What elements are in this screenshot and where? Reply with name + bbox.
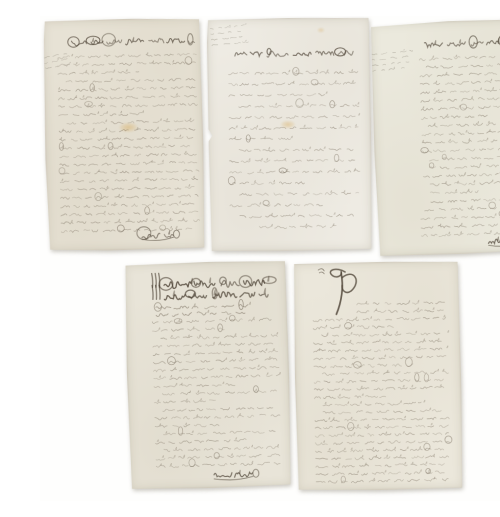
paper-sheet-3 — [370, 18, 500, 257]
paper-sheet-5 — [293, 260, 463, 491]
paper-sheet-2 — [207, 17, 372, 252]
manuscript-page-4 — [124, 260, 292, 490]
handwriting-svg — [293, 260, 463, 491]
manuscript-page-1 — [43, 17, 206, 251]
handwriting-svg — [43, 17, 206, 251]
paper-sheet-4 — [124, 260, 292, 490]
manuscript-page-3 — [370, 18, 500, 257]
paper-sheet-1 — [43, 17, 206, 251]
margin-annotation — [371, 48, 415, 71]
manuscript-page-5 — [293, 260, 463, 491]
handwriting-svg — [124, 260, 292, 490]
manuscript-page-2 — [207, 17, 372, 252]
margin-annotation — [210, 23, 248, 46]
handwriting-svg — [370, 18, 500, 257]
photograph-of-documents: Photograph of five handwritten manuscrip… — [40, 16, 500, 501]
handwriting-svg — [207, 17, 372, 252]
